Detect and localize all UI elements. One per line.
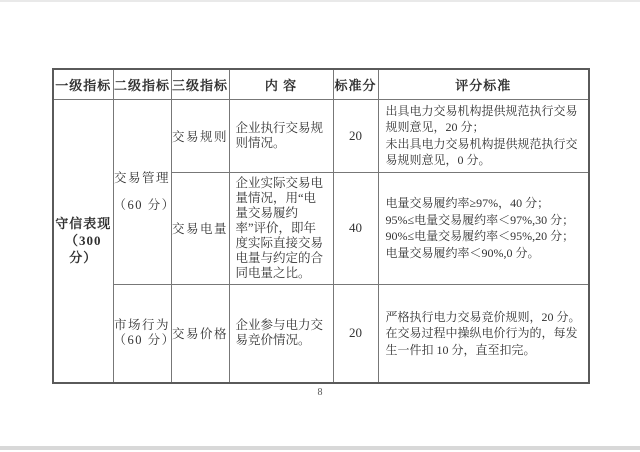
document-page: 一级指标 二级指标 三级指标 内 容 标准分 评分标准 守信表现 （300 分）…: [0, 0, 640, 452]
criteria-paragraph: 电量交易履约率＜90%,0 分。: [386, 245, 584, 262]
evaluation-criteria-table: 一级指标 二级指标 三级指标 内 容 标准分 评分标准 守信表现 （300 分）…: [52, 68, 590, 384]
level1-line-1: 守信表现: [54, 215, 113, 232]
cell-level1-trustworthy-performance: 守信表现 （300 分）: [53, 99, 113, 383]
level2-market-behavior-line-1: 市场行为: [114, 318, 171, 333]
criteria-paragraph: 严格执行电力交易竞价规则，20 分。: [386, 309, 584, 326]
scan-edge-top: [0, 0, 640, 2]
level2-market-behavior-line-2: （60 分）: [114, 333, 171, 348]
cell-level3-trade-rules: 交易规则: [171, 99, 229, 172]
scan-edge-bottom: [0, 446, 640, 450]
criteria-paragraph: 未出具电力交易机构提供规范执行交易规则意见，0 分。: [386, 136, 584, 169]
table-row-trade-rules: 守信表现 （300 分） 交易管理 （60 分） 交易规则 企业执行交易规则情况…: [53, 99, 589, 172]
criteria-paragraph: 在交易过程中操纵电价行为的，每发生一件扣 10 分，直至扣完。: [386, 325, 584, 358]
header-level2-indicator: 二级指标: [113, 69, 171, 99]
cell-criteria-trade-price: 严格执行电力交易竞价规则，20 分。 在交易过程中操纵电价行为的，每发生一件扣 …: [378, 284, 589, 383]
header-content: 内 容: [229, 69, 333, 99]
criteria-paragraph: 出具电力交易机构提供规范执行交易规则意见，20 分；: [386, 103, 584, 136]
header-level3-indicator: 三级指标: [171, 69, 229, 99]
criteria-paragraph: 95%≤电量交易履约率＜97%,30 分；: [386, 212, 584, 229]
cell-level2-trade-management: 交易管理 （60 分）: [113, 99, 171, 284]
cell-content-trade-price: 企业参与电力交易竞价情况。: [229, 284, 333, 383]
cell-criteria-trade-volume: 电量交易履约率≥97%，40 分； 95%≤电量交易履约率＜97%,30 分； …: [378, 172, 589, 284]
cell-score-trade-price: 20: [333, 284, 378, 383]
cell-level3-trade-price: 交易价格: [171, 284, 229, 383]
cell-level2-market-behavior: 市场行为 （60 分）: [113, 284, 171, 383]
level2-trade-management-line-1: 交易管理: [114, 171, 171, 186]
cell-level3-trade-volume: 交易电量: [171, 172, 229, 284]
level1-line-2: （300 分）: [54, 232, 113, 266]
cell-score-trade-volume: 40: [333, 172, 378, 284]
cell-content-trade-volume: 企业实际交易电量情况，用“电量交易履约率”评价，即年度实际直接交易电量与约定的合…: [229, 172, 333, 284]
header-scoring-criteria: 评分标准: [378, 69, 589, 99]
page-number: 8: [0, 387, 640, 398]
header-level1-indicator: 一级指标: [53, 69, 113, 99]
cell-content-trade-rules: 企业执行交易规则情况。: [229, 99, 333, 172]
table-header-row: 一级指标 二级指标 三级指标 内 容 标准分 评分标准: [53, 69, 589, 99]
cell-score-trade-rules: 20: [333, 99, 378, 172]
criteria-paragraph: 电量交易履约率≥97%，40 分；: [386, 195, 584, 212]
header-standard-score: 标准分: [333, 69, 378, 99]
cell-criteria-trade-rules: 出具电力交易机构提供规范执行交易规则意见，20 分； 未出具电力交易机构提供规范…: [378, 99, 589, 172]
level2-trade-management-line-2: （60 分）: [114, 198, 171, 213]
criteria-paragraph: 90%≤电量交易履约率＜95%,20 分；: [386, 228, 584, 245]
table-row-trade-price: 市场行为 （60 分） 交易价格 企业参与电力交易竞价情况。 20 严格执行电力…: [53, 284, 589, 383]
